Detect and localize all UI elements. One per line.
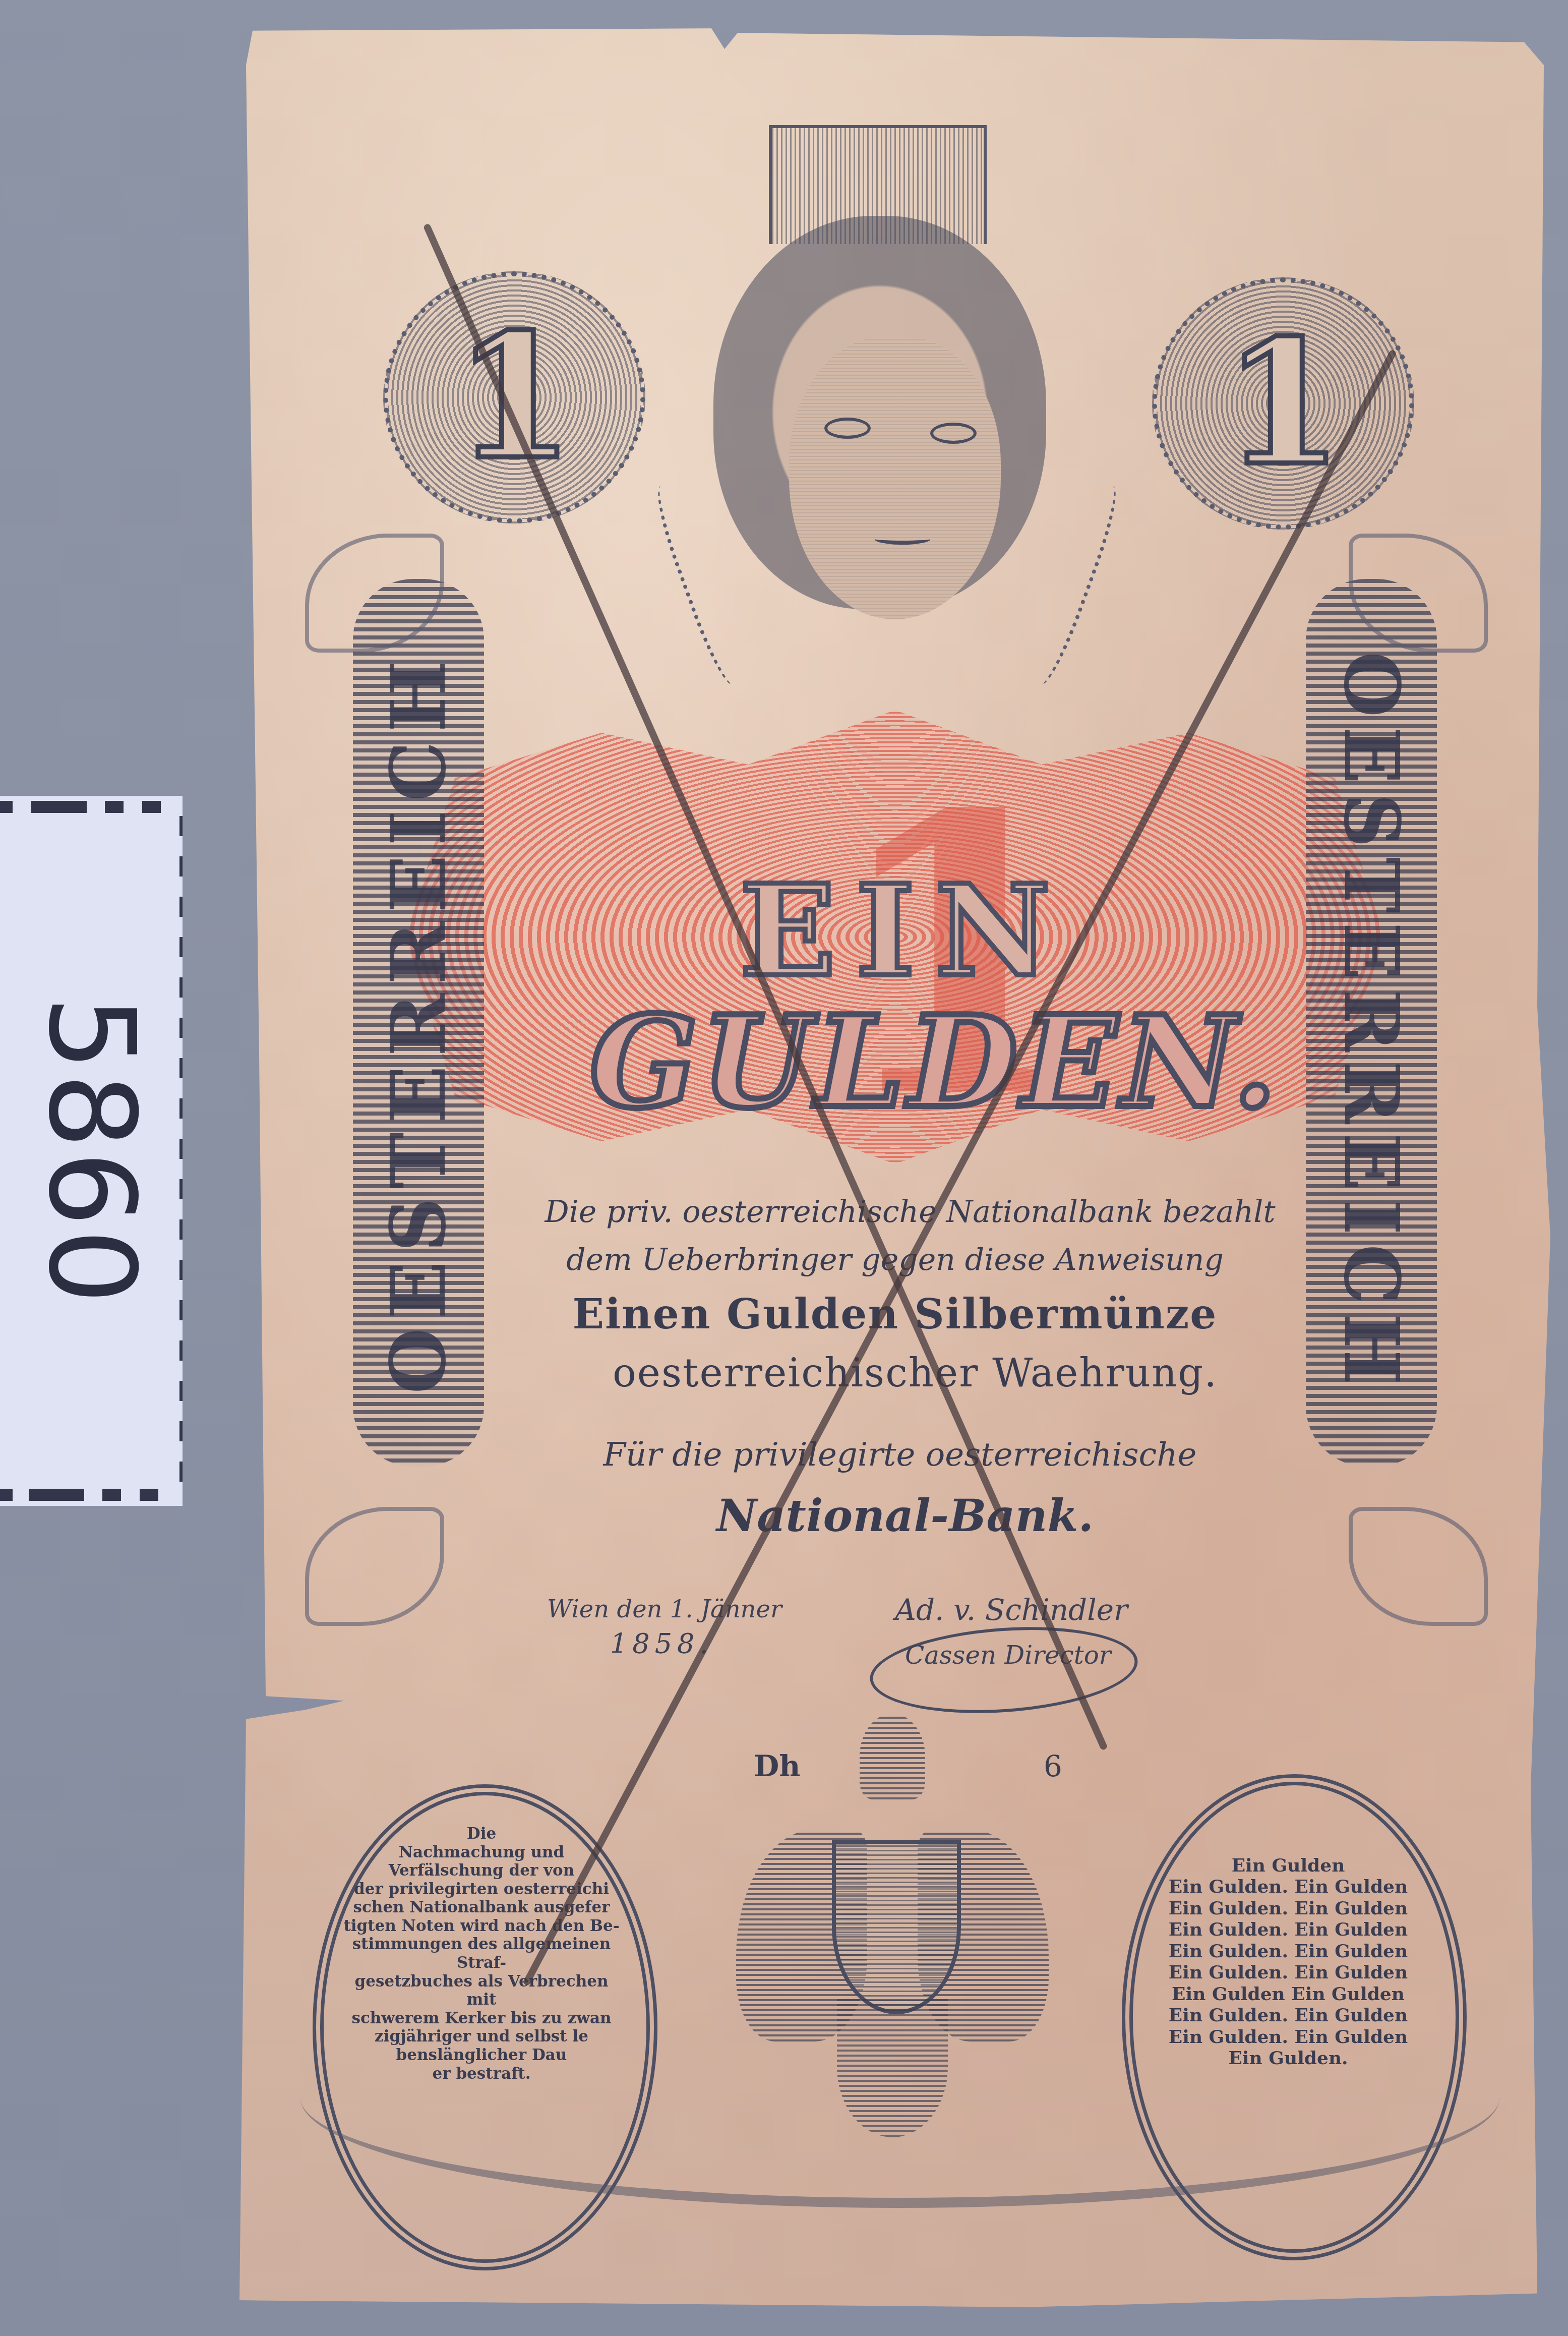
corner-medallion-right: 1 (1152, 277, 1414, 530)
portrait-eye-right (930, 423, 977, 444)
bank-line-1: Für die privilegirte oesterreichische (239, 1436, 1550, 1474)
promise-line-4: oesterreichischer Waehrung. (239, 1351, 1550, 1396)
denomination-gulden: GULDEN. (239, 987, 1550, 1136)
promise-line-1: Die priv. oesterreichische Nationalbank … (239, 1194, 1550, 1230)
bottom-acanthus-flourish (300, 1986, 1500, 2208)
banknote: 1 1 1 OESTERREICH OESTERREICH EIN GULDEN… (239, 19, 1550, 2316)
denomination-ein: EIN (239, 856, 1550, 1005)
portrait-eye-left (824, 418, 871, 439)
corner-numeral-right: 1 (1224, 318, 1343, 489)
signature-flourish (867, 1619, 1140, 1722)
austria-allegory-portrait (673, 115, 1117, 705)
issue-date-line: Wien den 1. Jänner (547, 1595, 782, 1623)
laurel-branch-right-icon (1021, 479, 1126, 689)
label-dash-border-bottom (0, 1489, 183, 1501)
portrait-face (789, 337, 1001, 619)
label-dash-border-top (0, 801, 183, 813)
signer-title: Cassen Director (905, 1641, 1111, 1670)
bank-line-2: National-Bank. (239, 1489, 1550, 1542)
portrait-mouth (875, 534, 930, 545)
catalog-label-card: 5860 (0, 796, 183, 1506)
label-tick-border-right (179, 816, 183, 1486)
director-signature: Ad. v. Schindler (895, 1593, 1128, 1627)
corner-medallion-left: 1 (383, 271, 645, 523)
imperial-crown-icon (860, 1714, 925, 1799)
promise-line-3: Einen Gulden Silbermünze (239, 1290, 1550, 1338)
catalog-number: 5860 (32, 996, 151, 1307)
